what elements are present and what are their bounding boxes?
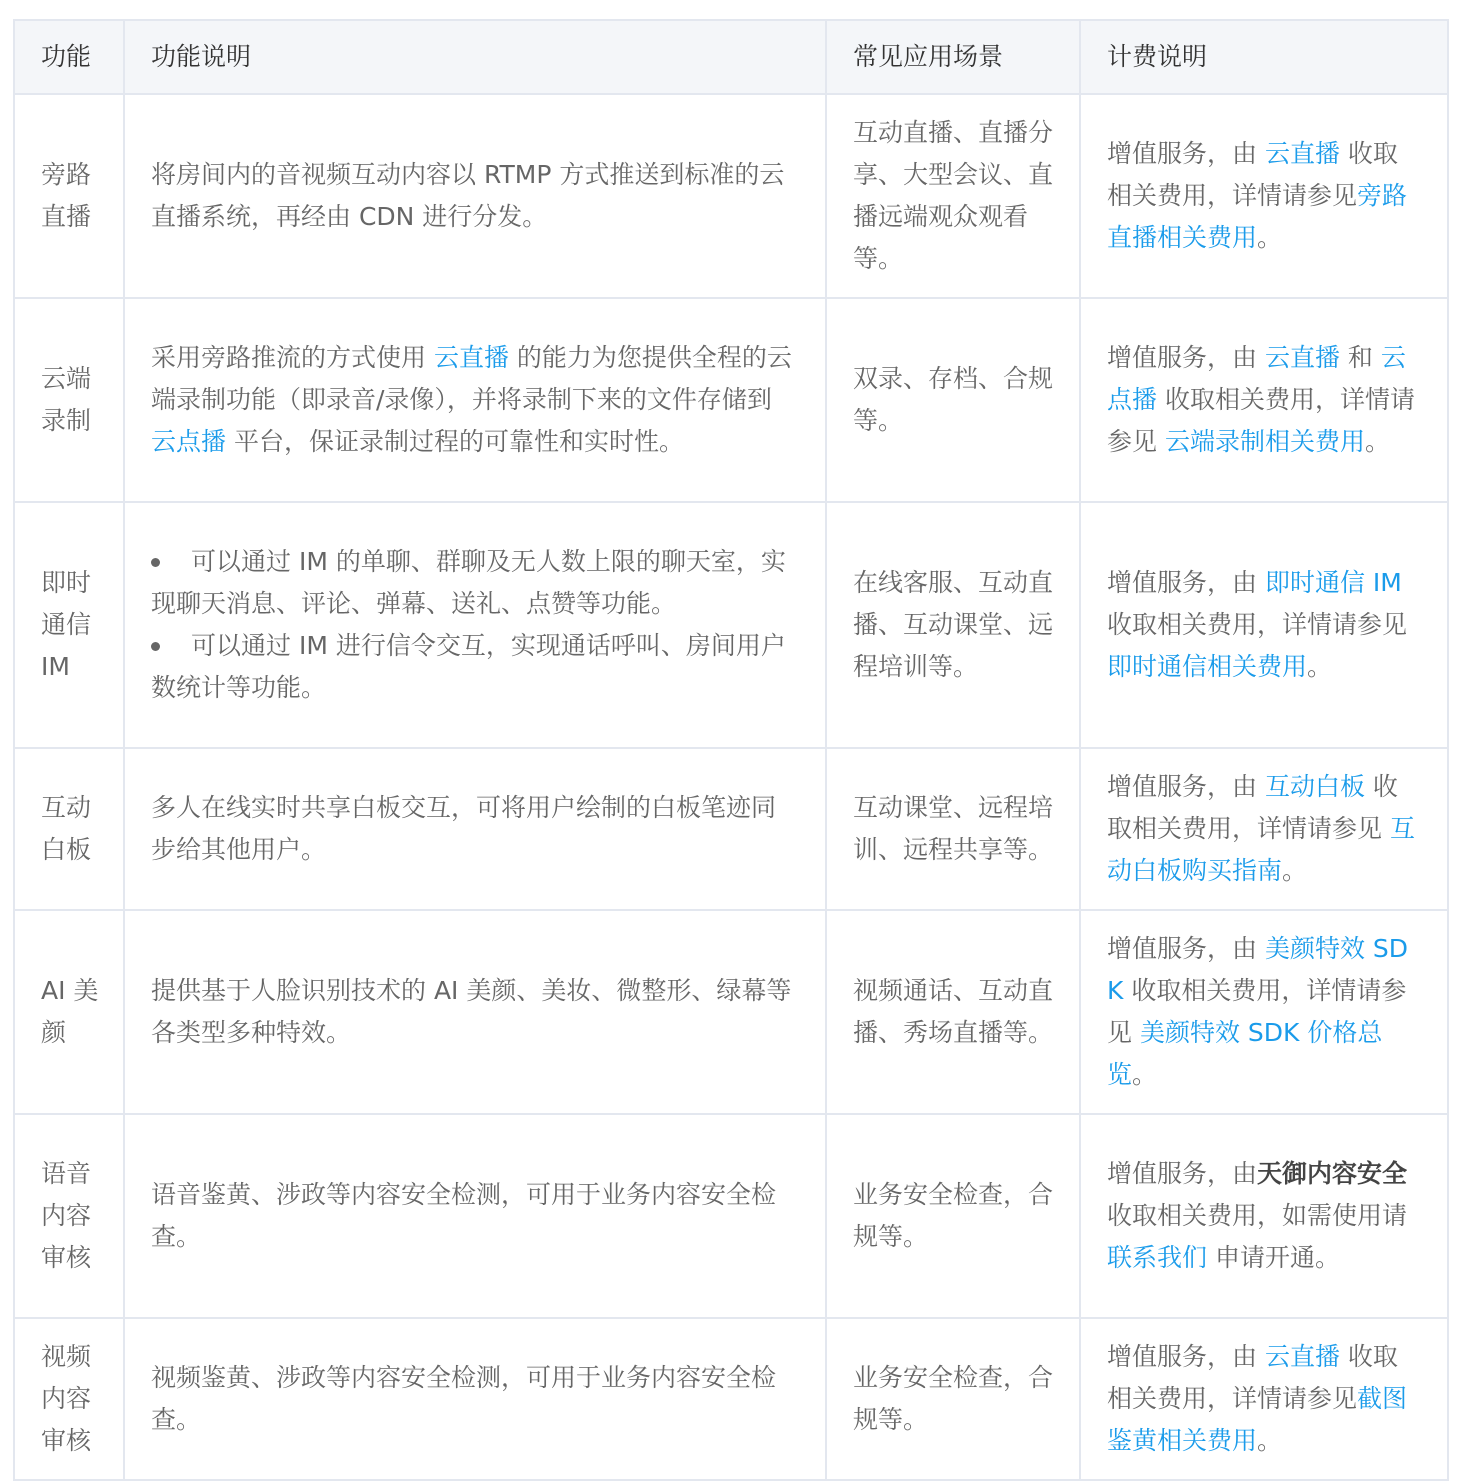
description-cell: 提供基于人脸识别技术的 AI 美颜、美妆、微整形、绿幕等各类型多种特效。 <box>124 910 826 1114</box>
billing-cell: 增值服务，由 云直播 收取相关费用，详情请参见旁路直播相关费用。 <box>1080 94 1448 298</box>
description-cell: 采用旁路推流的方式使用 云直播 的能力为您提供全程的云端录制功能（即录音/录像）… <box>124 298 826 502</box>
description-cell: 将房间内的音视频互动内容以 RTMP 方式推送到标准的云直播系统，再经由 CDN… <box>124 94 826 298</box>
header-feature: 功能 <box>14 20 124 94</box>
scenarios-cell: 视频通话、互动直播、秀场直播等。 <box>826 910 1080 1114</box>
billing-text: 增值服务，由 <box>1107 934 1265 963</box>
table-row: AI 美颜 提供基于人脸识别技术的 AI 美颜、美妆、微整形、绿幕等各类型多种特… <box>14 910 1448 1114</box>
feature-billing-table: 功能 功能说明 常见应用场景 计费说明 旁路直播 将房间内的音视频互动内容以 R… <box>13 19 1449 1481</box>
table-row: 即时通信 IM 可以通过 IM 的单聊、群聊及无人数上限的聊天室，实现聊天消息、… <box>14 502 1448 748</box>
billing-cell: 增值服务，由 云直播 收取相关费用，详情请参见截图鉴黄相关费用。 <box>1080 1318 1448 1480</box>
link-im[interactable]: 即时通信 IM <box>1265 568 1402 597</box>
billing-text: 。 <box>1307 652 1332 681</box>
link-cloud-live[interactable]: 云直播 <box>434 343 509 372</box>
link-vod[interactable]: 云点播 <box>151 427 226 456</box>
link-contact-us[interactable]: 联系我们 <box>1107 1243 1207 1272</box>
description-text: 采用旁路推流的方式使用 <box>151 343 434 372</box>
feature-table-container: 功能 功能说明 常见应用场景 计费说明 旁路直播 将房间内的音视频互动内容以 R… <box>13 19 1449 1481</box>
table-row: 云端录制 采用旁路推流的方式使用 云直播 的能力为您提供全程的云端录制功能（即录… <box>14 298 1448 502</box>
bullet-item: 可以通过 IM 进行信令交互，实现通话呼叫、房间用户数统计等功能。 <box>151 625 799 709</box>
billing-cell: 增值服务，由 即时通信 IM 收取相关费用，详情请参见 即时通信相关费用。 <box>1080 502 1448 748</box>
bullet-item: 可以通过 IM 的单聊、群聊及无人数上限的聊天室，实现聊天消息、评论、弹幕、送礼… <box>151 541 799 625</box>
link-whiteboard[interactable]: 互动白板 <box>1265 772 1365 801</box>
feature-cell: 互动白板 <box>14 748 124 910</box>
billing-cell: 增值服务，由 云直播 和 云点播 收取相关费用，详情请参见 云端录制相关费用。 <box>1080 298 1448 502</box>
billing-text: 增值服务，由 <box>1107 1342 1265 1371</box>
billing-cell: 增值服务，由 互动白板 收取相关费用，详情请参见 互动白板购买指南。 <box>1080 748 1448 910</box>
billing-text: 增值服务，由 <box>1107 568 1265 597</box>
table-row: 旁路直播 将房间内的音视频互动内容以 RTMP 方式推送到标准的云直播系统，再经… <box>14 94 1448 298</box>
billing-text: 。 <box>1257 1426 1282 1455</box>
scenarios-cell: 业务安全检查，合规等。 <box>826 1318 1080 1480</box>
table-row: 视频内容审核 视频鉴黄、涉政等内容安全检测，可用于业务内容安全检查。 业务安全检… <box>14 1318 1448 1480</box>
feature-cell: 语音内容审核 <box>14 1114 124 1318</box>
billing-text: 。 <box>1365 427 1390 456</box>
billing-text: 收取相关费用，详情请参见 <box>1107 610 1407 639</box>
billing-cell: 增值服务，由 美颜特效 SDK 收取相关费用，详情请参见 美颜特效 SDK 价格… <box>1080 910 1448 1114</box>
description-text: 视频鉴黄、涉政等内容安全检测，可用于业务内容安全检查。 <box>151 1363 776 1434</box>
scenarios-cell: 在线客服、互动直播、互动课堂、远程培训等。 <box>826 502 1080 748</box>
billing-text: 。 <box>1282 856 1307 885</box>
billing-text: 。 <box>1132 1060 1157 1089</box>
link-cloud-recording-fees[interactable]: 云端录制相关费用 <box>1165 427 1365 456</box>
table-header-row: 功能 功能说明 常见应用场景 计费说明 <box>14 20 1448 94</box>
link-cloud-live[interactable]: 云直播 <box>1265 1342 1340 1371</box>
billing-text: 增值服务，由 <box>1107 1159 1257 1188</box>
billing-text: 和 <box>1340 343 1381 372</box>
description-cell: 语音鉴黄、涉政等内容安全检测，可用于业务内容安全检查。 <box>124 1114 826 1318</box>
billing-text: 增值服务，由 <box>1107 343 1265 372</box>
billing-cell: 增值服务，由天御内容安全收取相关费用，如需使用请 联系我们 申请开通。 <box>1080 1114 1448 1318</box>
link-cloud-live[interactable]: 云直播 <box>1265 343 1340 372</box>
header-billing: 计费说明 <box>1080 20 1448 94</box>
bold-product-name: 天御内容安全 <box>1257 1159 1407 1188</box>
billing-text: 申请开通。 <box>1207 1243 1340 1272</box>
billing-text: 增值服务，由 <box>1107 139 1265 168</box>
billing-text: 收取相关费用，如需使用请 <box>1107 1201 1407 1230</box>
description-text: 将房间内的音视频互动内容以 RTMP 方式推送到标准的云直播系统，再经由 CDN… <box>151 160 784 231</box>
link-im-fees[interactable]: 即时通信相关费用 <box>1107 652 1307 681</box>
scenarios-cell: 业务安全检查，合规等。 <box>826 1114 1080 1318</box>
billing-text: 增值服务，由 <box>1107 772 1265 801</box>
description-cell: 视频鉴黄、涉政等内容安全检测，可用于业务内容安全检查。 <box>124 1318 826 1480</box>
description-text: 多人在线实时共享白板交互，可将用户绘制的白板笔迹同步给其他用户。 <box>151 793 776 864</box>
link-cloud-live[interactable]: 云直播 <box>1265 139 1340 168</box>
feature-cell: 即时通信 IM <box>14 502 124 748</box>
scenarios-cell: 双录、存档、合规等。 <box>826 298 1080 502</box>
description-text: 语音鉴黄、涉政等内容安全检测，可用于业务内容安全检查。 <box>151 1180 776 1251</box>
scenarios-cell: 互动直播、直播分享、大型会议、直播远端观众观看等。 <box>826 94 1080 298</box>
billing-text: 。 <box>1257 223 1282 252</box>
feature-cell: 旁路直播 <box>14 94 124 298</box>
description-bullet-list: 可以通过 IM 的单聊、群聊及无人数上限的聊天室，实现聊天消息、评论、弹幕、送礼… <box>151 541 799 709</box>
table-row: 互动白板 多人在线实时共享白板交互，可将用户绘制的白板笔迹同步给其他用户。 互动… <box>14 748 1448 910</box>
feature-cell: 云端录制 <box>14 298 124 502</box>
table-row: 语音内容审核 语音鉴黄、涉政等内容安全检测，可用于业务内容安全检查。 业务安全检… <box>14 1114 1448 1318</box>
description-cell: 可以通过 IM 的单聊、群聊及无人数上限的聊天室，实现聊天消息、评论、弹幕、送礼… <box>124 502 826 748</box>
description-cell: 多人在线实时共享白板交互，可将用户绘制的白板笔迹同步给其他用户。 <box>124 748 826 910</box>
description-text: 提供基于人脸识别技术的 AI 美颜、美妆、微整形、绿幕等各类型多种特效。 <box>151 976 791 1047</box>
scenarios-cell: 互动课堂、远程培训、远程共享等。 <box>826 748 1080 910</box>
feature-cell: AI 美颜 <box>14 910 124 1114</box>
header-scenarios: 常见应用场景 <box>826 20 1080 94</box>
header-description: 功能说明 <box>124 20 826 94</box>
description-text: 平台，保证录制过程的可靠性和实时性。 <box>226 427 684 456</box>
feature-cell: 视频内容审核 <box>14 1318 124 1480</box>
